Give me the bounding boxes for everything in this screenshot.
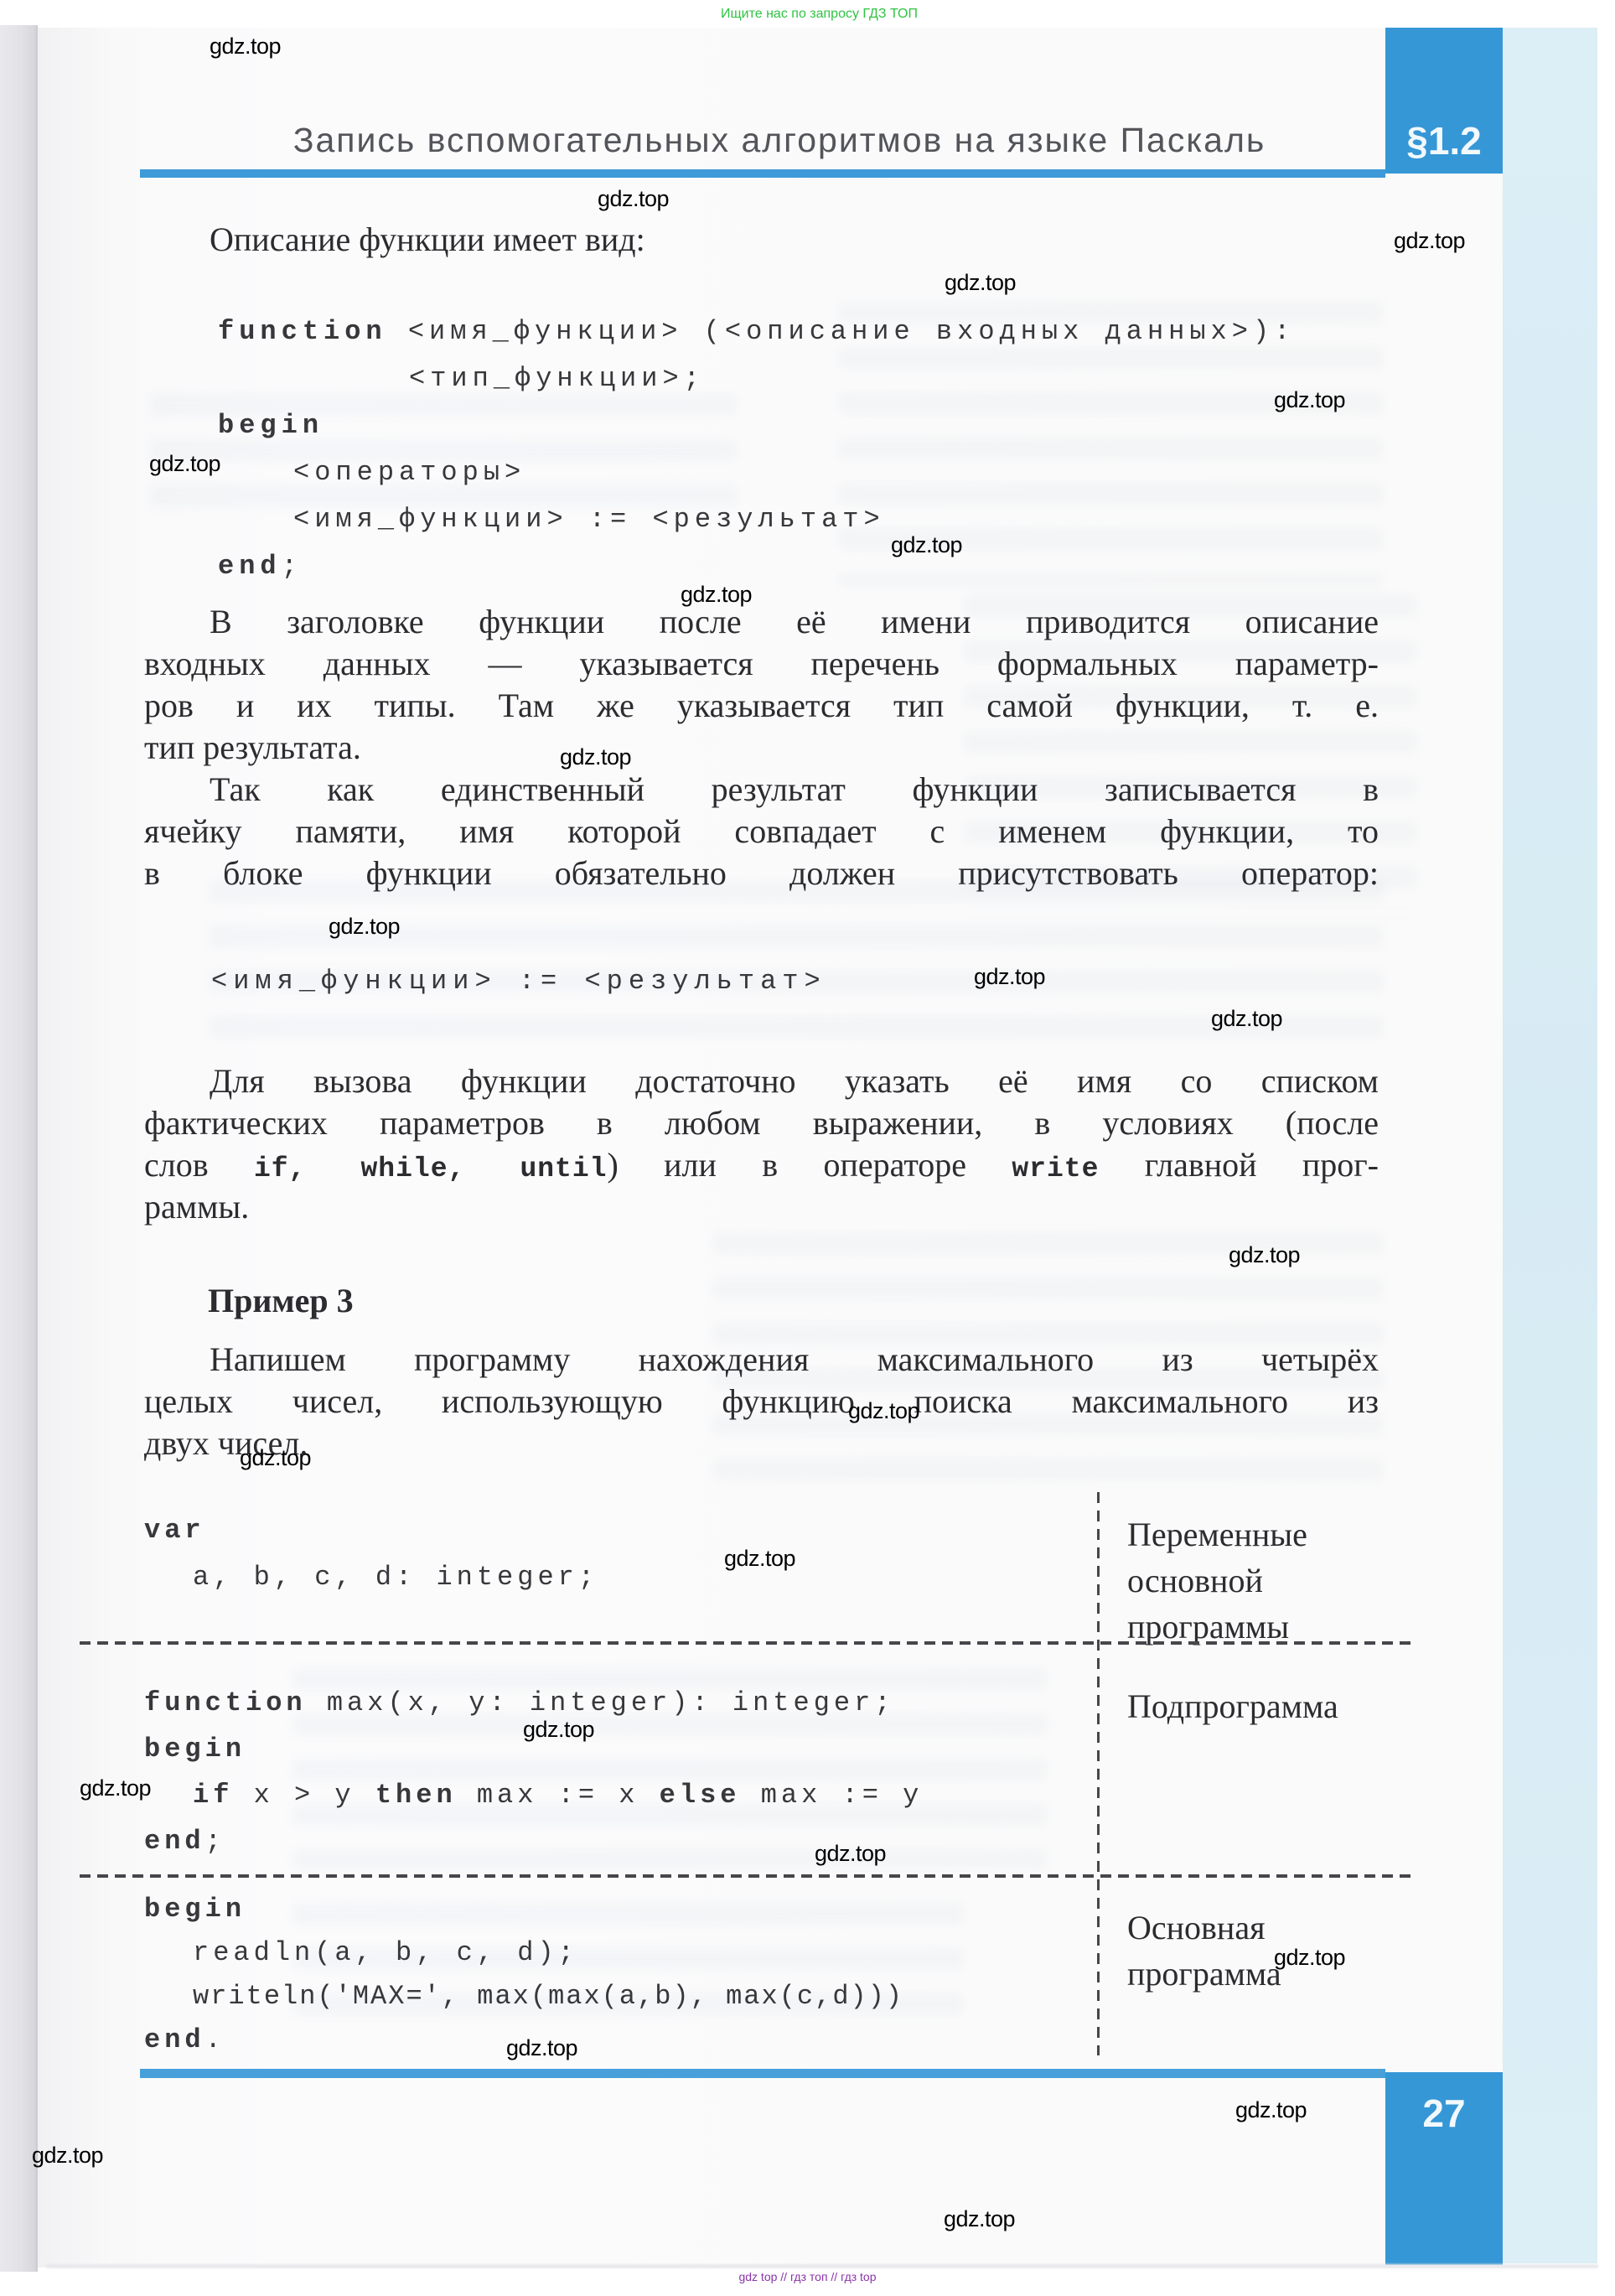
text-line: целых чисел, использующую функцию поиска… <box>144 1381 1379 1423</box>
label-main-program: Основная программа <box>1127 1905 1281 1997</box>
intro-lead: Описание функции имеет вид: <box>144 220 1379 259</box>
watermark-text: gdz.top <box>80 1775 151 1801</box>
watermark-text: gdz.top <box>945 270 1016 296</box>
keyword-end: end <box>144 2024 205 2055</box>
watermark-text: gdz.top <box>1235 2097 1307 2123</box>
watermark-text: gdz.top <box>560 744 631 770</box>
code-line: function <имя_функции> (<описание входны… <box>218 308 1295 355</box>
book-spine-edge <box>0 25 38 2272</box>
code-text: <тип_функции>; <box>409 363 705 394</box>
text-line: Для вызова функции достаточно указать её… <box>144 1060 1379 1102</box>
code-line: end; <box>144 1818 923 1864</box>
watermark-text: gdz.top <box>506 2035 577 2061</box>
text-segment: слов <box>144 1146 254 1184</box>
keyword-function: function <box>144 1687 307 1718</box>
text-line: Так как единственный результат функции з… <box>144 769 1379 811</box>
keyword-begin: begin <box>218 410 324 441</box>
watermark-text: gdz.top <box>598 186 669 212</box>
code-line: <имя_функции> := <результат> <box>293 496 1295 543</box>
text-line: в блоке функции обязательно должен прису… <box>144 853 1379 894</box>
section-badge-label: §1.2 <box>1385 118 1503 163</box>
code-text: . <box>205 2024 225 2055</box>
text-line: тип результата. <box>144 727 1379 769</box>
paragraph: Так как единственный результат функции з… <box>144 769 1379 894</box>
page-number: 27 <box>1385 2091 1503 2136</box>
keyword-write: write <box>1012 1153 1099 1184</box>
text-line: В заголовке функции после её имени приво… <box>144 601 1379 643</box>
watermark-text: gdz.top <box>240 1445 311 1471</box>
code-line: var <box>144 1507 598 1554</box>
site-promo-text: Ищите нас по запросу ГДЗ ТОП <box>721 7 918 22</box>
program-subroutine-section: function max(x, y: integer): integer; be… <box>144 1680 923 1864</box>
label-line: основной <box>1127 1557 1307 1604</box>
page-title: Запись вспомогательных алгоритмов на язы… <box>189 121 1370 160</box>
code-line: if x > y then max := x else max := y <box>193 1772 923 1818</box>
scanned-textbook-page: Ищите нас по запросу ГДЗ ТОП Запись вспо… <box>0 0 1615 2296</box>
watermark-text: gdz.top <box>210 34 281 60</box>
code-line: writeln('MAX=', max(max(a,b), max(c,d))) <box>193 1975 903 2019</box>
program-var-section: var a, b, c, d: integer; <box>144 1507 598 1601</box>
keyword-function: function <box>218 316 387 347</box>
watermark-text: gdz.top <box>944 2206 1015 2232</box>
text-segment: ) или в операторе <box>607 1146 1012 1184</box>
watermark-text: gdz.top <box>1211 1006 1282 1032</box>
paragraph: Напишем программу нахождения максимально… <box>144 1339 1379 1464</box>
keyword-end: end <box>144 1826 205 1857</box>
watermark-text: gdz.top <box>815 1841 886 1867</box>
title-underline <box>140 169 1385 178</box>
scan-shadow <box>46 2264 1598 2268</box>
code-text: max := x <box>457 1780 660 1811</box>
watermark-text: gdz.top <box>724 1546 795 1572</box>
section-badge: §1.2 <box>1385 28 1503 174</box>
footer-rule <box>140 2069 1385 2078</box>
code-text: ; <box>282 551 303 582</box>
keyword-list: if, while, until <box>254 1153 608 1184</box>
label-line: программа <box>1127 1951 1281 1997</box>
label-line: Основная <box>1127 1905 1281 1951</box>
text-line: Напишем программу нахождения максимально… <box>144 1339 1379 1381</box>
text-line: ячейку памяти, имя которой совпадает с и… <box>144 811 1379 853</box>
text-line: раммы. <box>144 1186 1379 1228</box>
label-line: Подпрограмма <box>1127 1683 1338 1729</box>
code-text: max(x, y: integer): integer; <box>307 1687 895 1718</box>
watermark-text: gdz.top <box>32 2143 103 2169</box>
code-text: writeln('MAX=', max(max(a,b), max(c,d))) <box>193 1981 903 2012</box>
page-number-badge: 27 <box>1385 2072 1503 2265</box>
code-line: a, b, c, d: integer; <box>193 1554 598 1601</box>
code-line: end; <box>218 543 1295 590</box>
watermark-text: gdz.top <box>681 582 752 608</box>
keyword-then: then <box>375 1780 457 1811</box>
watermark-text: gdz.top <box>1229 1242 1300 1268</box>
watermark-text: gdz.top <box>329 914 400 940</box>
text-segment: главной прог- <box>1099 1146 1379 1184</box>
text-line: входных данных — указывается перечень фо… <box>144 643 1379 685</box>
page-margin-band <box>1503 28 1597 2263</box>
code-text: readln(a, b, c, d); <box>193 1937 578 1968</box>
text-line: ров и их типы. Там же указывается тип са… <box>144 685 1379 727</box>
paragraph: В заголовке функции после её имени приво… <box>144 601 1379 769</box>
keyword-var: var <box>144 1515 205 1546</box>
code-line: begin <box>218 402 1295 449</box>
assignment-operator-code: <имя_функции> := <результат> <box>211 966 826 997</box>
paragraph: Для вызова функции достаточно указать её… <box>144 1060 1379 1228</box>
watermark-text: gdz.top <box>149 451 220 477</box>
watermark-text: gdz.top <box>891 532 962 558</box>
code-line: <тип_функции>; <box>409 355 1295 402</box>
dashed-vertical-divider <box>1097 1492 1100 2055</box>
watermark-text: gdz.top <box>1394 228 1465 254</box>
code-line: begin <box>144 1888 903 1931</box>
code-text: a, b, c, d: integer; <box>193 1562 598 1593</box>
text-line: двух чисел. <box>144 1423 1379 1464</box>
watermark-text: gdz.top <box>523 1717 594 1743</box>
dashed-divider <box>80 1641 1415 1645</box>
keyword-begin: begin <box>144 1734 246 1765</box>
code-text: x > y <box>233 1780 375 1811</box>
label-main-variables: Переменные основной программы <box>1127 1511 1307 1650</box>
function-template-code: function <имя_функции> (<описание входны… <box>218 308 1295 590</box>
watermark-text: gdz.top <box>1274 387 1345 413</box>
label-line: Переменные <box>1127 1511 1307 1557</box>
keyword-end: end <box>218 551 282 582</box>
keyword-if: if <box>193 1780 233 1811</box>
code-line: <операторы> <box>293 449 1295 496</box>
keyword-else: else <box>660 1780 741 1811</box>
code-line: readln(a, b, c, d); <box>193 1931 903 1975</box>
code-text: <операторы> <box>293 457 525 488</box>
example-heading: Пример 3 <box>208 1281 354 1320</box>
dashed-divider <box>80 1874 1415 1878</box>
code-text: max := y <box>740 1780 923 1811</box>
watermark-text: gdz.top <box>848 1398 919 1424</box>
label-subroutine: Подпрограмма <box>1127 1683 1338 1729</box>
code-text: <имя_функции> := <результат> <box>293 504 885 535</box>
watermark-text: gdz.top <box>974 964 1045 990</box>
text-line: слов if, while, until) или в операторе w… <box>144 1144 1379 1186</box>
site-footer-text: gdz top // гдз топ // гдз top <box>0 2270 1615 2283</box>
code-text: ; <box>205 1826 225 1857</box>
keyword-begin: begin <box>144 1894 246 1925</box>
watermark-text: gdz.top <box>1274 1945 1345 1971</box>
text-line: фактических параметров в любом выражении… <box>144 1102 1379 1144</box>
code-text: <имя_функции> (<описание входных данных>… <box>387 316 1296 347</box>
